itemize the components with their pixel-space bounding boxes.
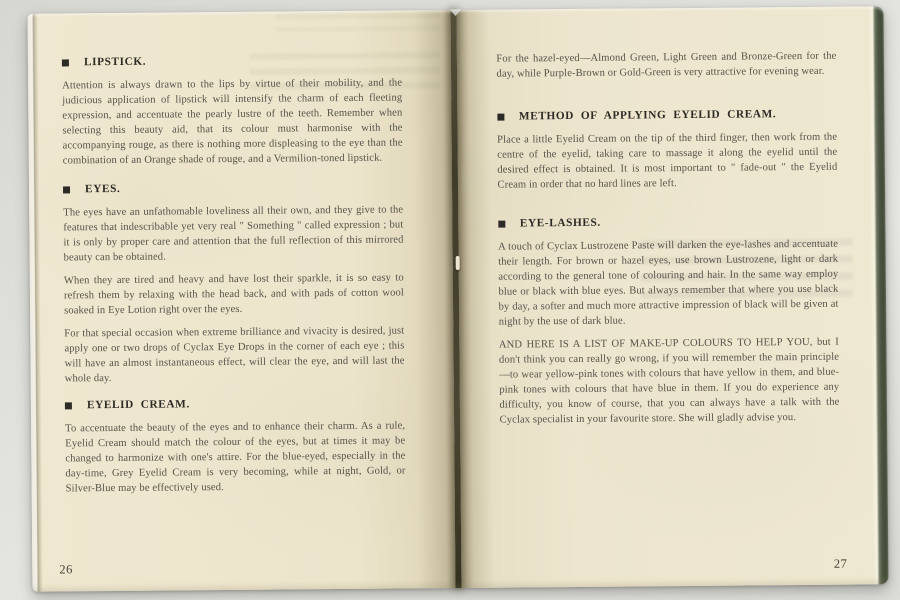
section-heading-eyelid-cream: EYELID CREAM. bbox=[65, 395, 405, 413]
open-booklet: LIPSTICK. Attention is always drawn to t… bbox=[27, 6, 888, 591]
paragraph: When they are tired and heavy and have l… bbox=[64, 270, 404, 318]
section-heading-label: EYE-LASHES. bbox=[520, 216, 601, 232]
paragraph: The eyes have an unfathomable loveliness… bbox=[63, 202, 404, 265]
square-bullet-icon bbox=[497, 114, 504, 121]
section-heading-label: EYELID CREAM. bbox=[87, 397, 190, 413]
page-27: For the hazel-eyed—Almond Green, Light G… bbox=[456, 6, 874, 588]
section-heading-label: EYES. bbox=[85, 182, 120, 197]
paragraph: Place a little Eyelid Cream on the tip o… bbox=[497, 130, 838, 193]
page-26-text-column: LIPSTICK. Attention is always drawn to t… bbox=[61, 10, 405, 496]
section-heading-eye-lashes: EYE-LASHES. bbox=[498, 214, 838, 232]
page-27-text-column: For the hazel-eyed—Almond Green, Light G… bbox=[496, 7, 840, 428]
page-number-26: 26 bbox=[59, 562, 73, 577]
square-bullet-icon bbox=[63, 186, 70, 193]
photo-background: LIPSTICK. Attention is always drawn to t… bbox=[0, 0, 900, 600]
section-heading-method-of-applying-eyelid-cream: METHOD OF APPLYING EYELID CREAM. bbox=[497, 107, 837, 125]
closing-paragraph: AND HERE IS A LIST OF MAKE-UP COLOURS TO… bbox=[499, 335, 840, 428]
section-heading-lipstick: LIPSTICK. bbox=[62, 52, 402, 70]
paragraph: A touch of Cyclax Lustrozene Paste will … bbox=[498, 237, 839, 330]
square-bullet-icon bbox=[498, 221, 505, 228]
section-heading-label: LIPSTICK. bbox=[84, 55, 146, 71]
page-26: LIPSTICK. Attention is always drawn to t… bbox=[37, 10, 455, 592]
section-heading-eyes: EYES. bbox=[63, 179, 403, 197]
paragraph: To accentuate the beauty of the eyes and… bbox=[65, 418, 406, 496]
section-heading-label: METHOD OF APPLYING EYELID CREAM. bbox=[519, 107, 777, 124]
page-number-27: 27 bbox=[834, 557, 848, 572]
square-bullet-icon bbox=[62, 59, 69, 66]
paragraph: For the hazel-eyed—Almond Green, Light G… bbox=[496, 49, 836, 82]
paragraph: For that special occasion when extreme b… bbox=[64, 323, 405, 386]
paragraph: Attention is always drawn to the lips by… bbox=[62, 75, 403, 168]
staple bbox=[456, 256, 460, 270]
square-bullet-icon bbox=[65, 402, 72, 409]
